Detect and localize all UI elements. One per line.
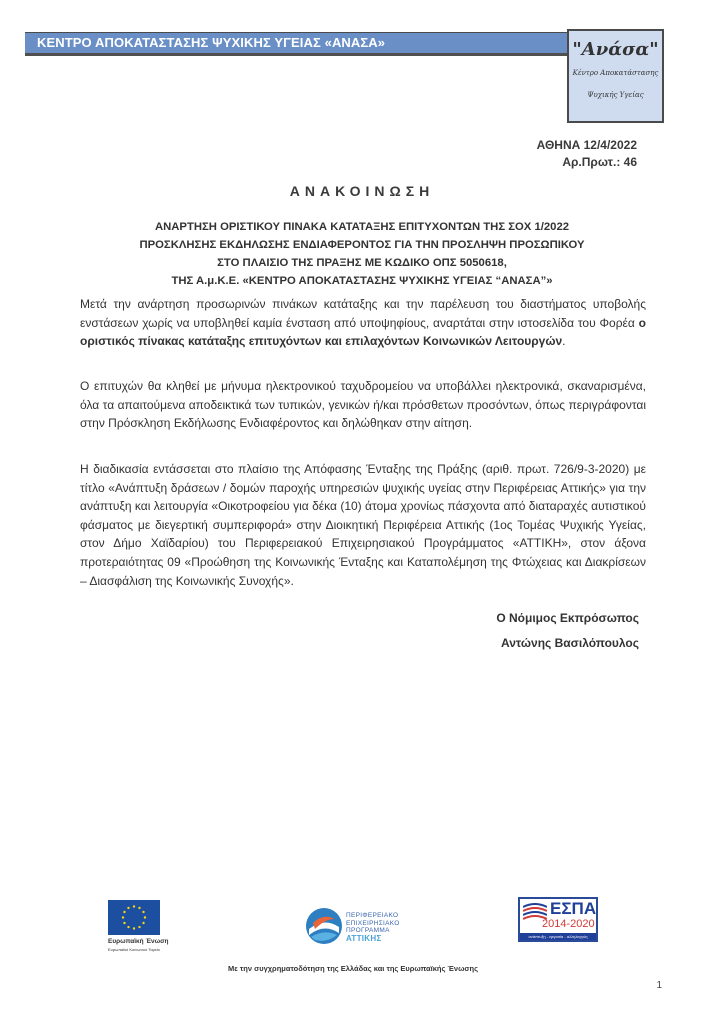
pep-line: ΕΠΙΧΕΙΡΗΣΙΑΚΟ [346, 920, 400, 928]
paragraph-1: Μετά την ανάρτηση προσωρινών πινάκων κατ… [80, 295, 646, 351]
eu-label: Ευρωπαϊκή Ένωση [108, 938, 169, 945]
pep-line: ΑΤΤΙΚΗΣ [346, 935, 400, 943]
header-bar: ΚΕΝΤΡΟ ΑΠΟΚΑΤΑΣΤΑΣΗΣ ΨΥΧΙΚΗΣ ΥΓΕΙΑΣ «ΑΝΑ… [25, 32, 573, 56]
subject-line: ΑΝΑΡΤΗΣΗ ΟΡΙΣΤΙΚΟΥ ΠΙΝΑΚΑ ΚΑΤΑΤΑΞΗΣ ΕΠΙΤ… [60, 218, 664, 236]
organization-name: ΚΕΝΤΡΟ ΑΠΟΚΑΤΑΣΤΑΣΗΣ ΨΥΧΙΚΗΣ ΥΓΕΙΑΣ «ΑΝΑ… [37, 35, 385, 50]
logo-title: "Ανάσα" [569, 39, 662, 60]
espa-word: ΕΣΠΑ [550, 899, 596, 919]
subject-block: ΑΝΑΡΤΗΣΗ ΟΡΙΣΤΙΚΟΥ ΠΙΝΑΚΑ ΚΑΤΑΤΑΞΗΣ ΕΠΙΤ… [60, 218, 664, 290]
eu-stars-icon [108, 900, 160, 935]
eu-sublabel: Ευρωπαϊκό Κοινωνικό Ταμείο [108, 947, 160, 952]
espa-slogan: ανάπτυξη - εργασία - αλληλεγγύη [520, 933, 596, 940]
espa-logo: ΕΣΠΑ 2014-2020 ανάπτυξη - εργασία - αλλη… [518, 897, 598, 942]
date-block: ΑΘΗΝΑ 12/4/2022 Αρ.Πρωτ.: 46 [537, 137, 637, 171]
document-title: ΑΝΑΚΟΙΝΩΣΗ [0, 183, 724, 199]
signature-name: Αντώνης Βασιλόπουλος [501, 636, 639, 650]
paragraph-2: Ο επιτυχών θα κληθεί με μήνυμα ηλεκτρονι… [80, 377, 646, 433]
pep-attica-text: ΠΕΡΙΦΕΡΕΙΑΚΟ ΕΠΙΧΕΙΡΗΣΙΑΚΟ ΠΡΟΓΡΑΜΜΑ ΑΤΤ… [346, 912, 400, 942]
paragraph-end: . [562, 334, 565, 348]
paragraph-3: Η διαδικασία εντάσσεται στο πλαίσιο της … [80, 460, 646, 590]
page-number: 1 [656, 980, 662, 991]
protocol-number: Αρ.Πρωτ.: 46 [537, 154, 637, 171]
logo-subtitle-2: Ψυχικής Υγείας [569, 91, 662, 99]
eu-flag-icon [108, 900, 160, 935]
pep-line: ΠΕΡΙΦΕΡΕΙΑΚΟ [346, 912, 400, 920]
subject-line: ΤΗΣ Α.μ.Κ.Ε. «ΚΕΝΤΡΟ ΑΠΟΚΑΤΑΣΤΑΣΗΣ ΨΥΧΙΚ… [60, 272, 664, 290]
cofunding-note: Με την συγχρηματοδότηση της Ελλάδας και … [228, 964, 478, 973]
espa-years: 2014-2020 [542, 918, 595, 930]
date: ΑΘΗΝΑ 12/4/2022 [537, 137, 637, 154]
subject-line: ΣΤΟ ΠΛΑΙΣΙΟ ΤΗΣ ΠΡΑΞΗΣ ΜΕ ΚΩΔΙΚΟ ΟΠΣ 505… [60, 254, 664, 272]
anasa-logo: "Ανάσα" Κέντρο Αποκατάστασης Ψυχικής Υγε… [567, 29, 664, 123]
pep-attica-logo-icon [305, 907, 343, 945]
logo-subtitle-1: Κέντρο Αποκατάστασης [569, 69, 662, 77]
signature-role: Ο Νόμιμος Εκπρόσωπος [496, 611, 639, 625]
paragraph-text: Μετά την ανάρτηση προσωρινών πινάκων κατ… [80, 297, 646, 330]
subject-line: ΠΡΟΣΚΛΗΣΗΣ ΕΚΔΗΛΩΣΗΣ ΕΝΔΙΑΦΕΡΟΝΤΟΣ ΓΙΑ Τ… [60, 236, 664, 254]
